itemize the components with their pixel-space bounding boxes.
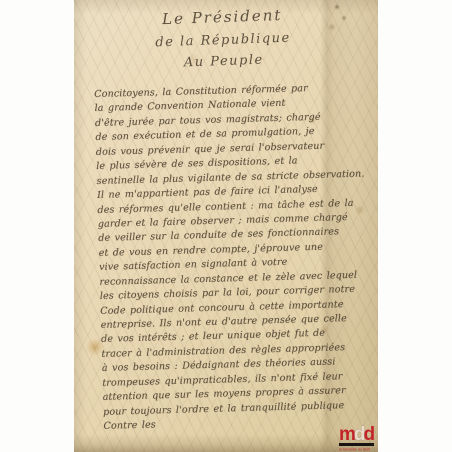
manuscript-body: Concitoyens, la Constitution réformée pa… [94, 80, 382, 434]
logo-tagline: la mémoire du droit [339, 447, 375, 452]
logo-letter-d-pale: d [354, 424, 364, 445]
scan-background: Le Président de la République Au Peuple … [0, 0, 452, 452]
manuscript-title: Le Président de la République Au Peuple [79, 3, 367, 74]
bookseller-watermark: mdd la mémoire du droit [339, 426, 379, 452]
bookseller-logo: mdd [339, 426, 379, 443]
logo-letter-d: d [364, 424, 374, 445]
title-line-republique: de la République [80, 28, 366, 53]
logo-letter-m: m [339, 424, 354, 445]
